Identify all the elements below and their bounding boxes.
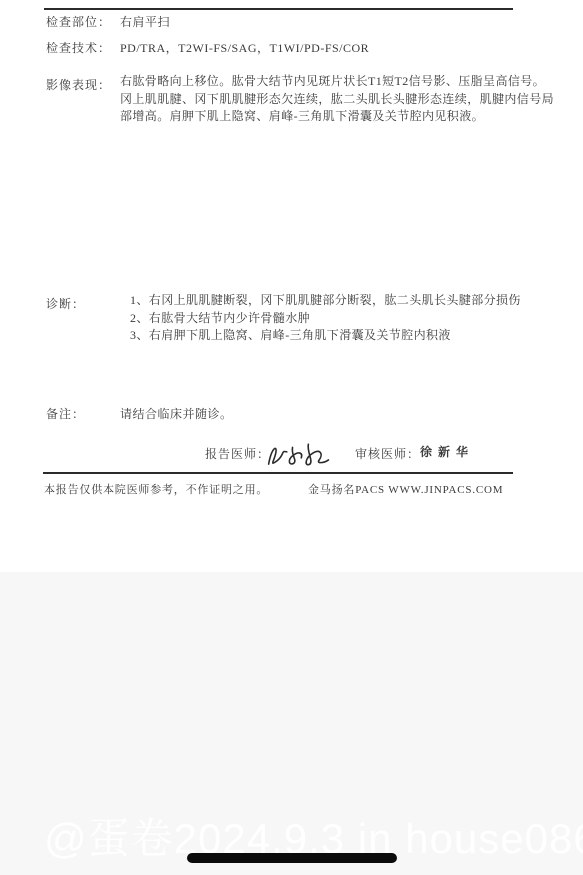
diagnosis-label: 诊断：: [46, 295, 85, 312]
review-doctor-label: 审核医师：: [355, 445, 420, 462]
exam-site-value: 右肩平扫: [120, 13, 170, 30]
diagnosis-line: 1、右冈上肌肌腱断裂，冈下肌肌腱部分断裂，肱二头肌长头腱部分损伤: [130, 292, 521, 310]
bottom-divider: [43, 472, 513, 474]
remarks-value: 请结合临床并随诊。: [120, 405, 233, 422]
exam-technique-value: PD/TRA，T2WI-FS/SAG，T1WI/PD-FS/COR: [120, 39, 369, 56]
review-doctor-name: 徐新华: [420, 443, 474, 460]
findings-line: 右肱骨略向上移位。肱骨大结节内见斑片状长T1短T2信号影、压脂呈高信号。: [120, 73, 554, 91]
footer-disclaimer: 本报告仅供本院医师参考，不作证明之用。: [44, 481, 268, 497]
exam-site-label: 检查部位：: [46, 13, 111, 30]
handwritten-signature: [259, 435, 339, 472]
report-screen: 检查部位： 右肩平扫 检查技术： PD/TRA，T2WI-FS/SAG，T1WI…: [0, 0, 583, 875]
diagnosis-line: 3、右肩胛下肌上隐窝、肩峰-三角肌下滑囊及关节腔内积液: [130, 327, 521, 345]
findings-label: 影像表现：: [46, 76, 111, 93]
findings-line: 部增高。肩胛下肌上隐窝、肩峰-三角肌下滑囊及关节腔内见积液。: [120, 108, 554, 126]
findings-line: 冈上肌肌腱、冈下肌肌腱形态欠连续，肱二头肌长头腱形态连续，肌腱内信号局: [120, 91, 554, 109]
diagnosis-text: 1、右冈上肌肌腱断裂，冈下肌肌腱部分断裂，肱二头肌长头腱部分损伤 2、右肱骨大结…: [130, 292, 521, 345]
findings-text: 右肱骨略向上移位。肱骨大结节内见斑片状长T1短T2信号影、压脂呈高信号。 冈上肌…: [120, 73, 554, 126]
diagnosis-line: 2、右肱骨大结节内少许骨髓水肿: [130, 310, 521, 328]
top-divider: [44, 8, 513, 10]
footer-vendor: 金马扬名PACS WWW.JINPACS.COM: [308, 481, 503, 497]
remarks-label: 备注：: [46, 405, 85, 422]
home-indicator-bar[interactable]: [187, 853, 397, 863]
exam-technique-label: 检查技术：: [46, 39, 111, 56]
